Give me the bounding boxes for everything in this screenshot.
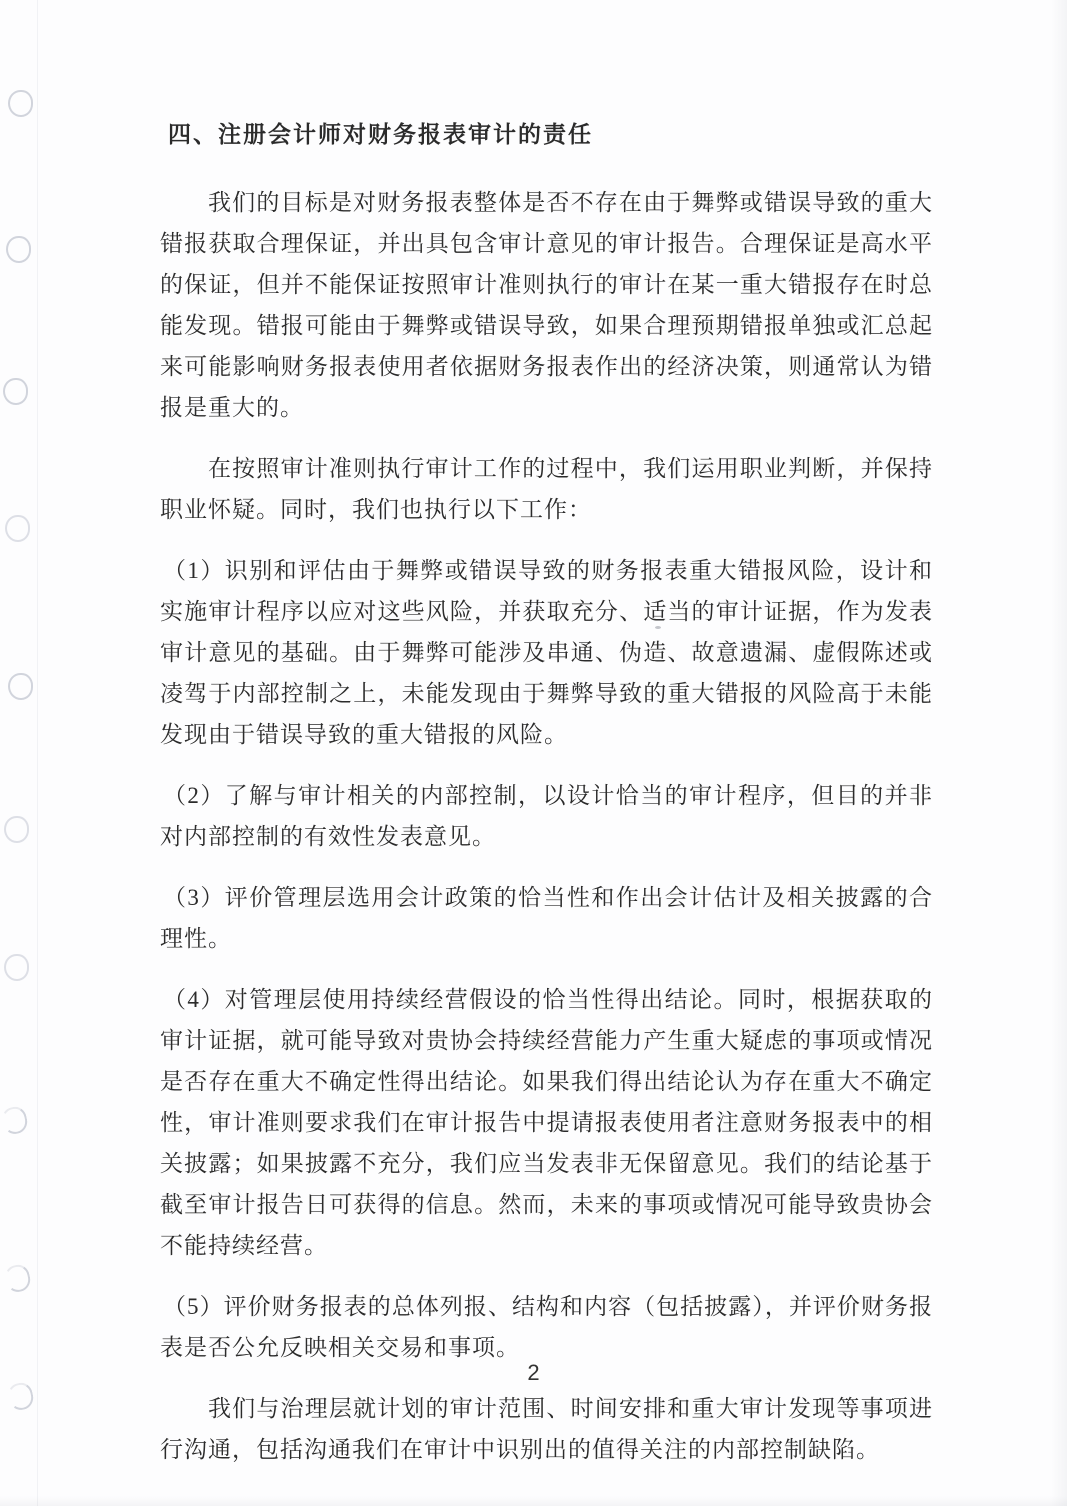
hole-punch-icon [3,378,28,405]
scan-fold-line [37,0,38,1506]
paragraph-objective: 我们的目标是对财务报表整体是否不存在由于舞弊或错误导致的重大错报获取合理保证，并… [160,182,933,428]
hole-punch-icon [8,673,33,700]
paragraph-communication: 我们与治理层就计划的审计范围、时间安排和重大审计发现等事项进行沟通，包括沟通我们… [160,1388,933,1470]
hole-punch-icon [6,236,31,263]
paragraph-item-5: （5）评价财务报表的总体列报、结构和内容（包括披露），并评价财务报表是否公允反映… [160,1286,933,1368]
page-content: 四、注册会计师对财务报表审计的责任 我们的目标是对财务报表整体是否不存在由于舞弊… [160,120,933,1490]
paragraph-item-1: （1）识别和评估由于舞弊或错误导致的财务报表重大错报风险，设计和实施审计程序以应… [160,550,933,755]
paragraph-item-4: （4）对管理层使用持续经营假设的恰当性得出结论。同时，根据获取的审计证据，就可能… [160,979,933,1266]
scan-edge-shading-right [1051,0,1067,1506]
scanned-document-page: 四、注册会计师对财务报表审计的责任 我们的目标是对财务报表整体是否不存在由于舞弊… [0,0,1067,1506]
hole-punch-icon [4,816,29,843]
hole-punch-icon [8,90,33,117]
paragraph-item-2: （2）了解与审计相关的内部控制，以设计恰当的审计程序，但目的并非对内部控制的有效… [160,775,933,857]
hole-punch-icon [5,515,30,542]
paragraph-judgment: 在按照审计准则执行审计工作的过程中，我们运用职业判断，并保持职业怀疑。同时，我们… [160,448,933,530]
hole-punch-icon [4,954,29,981]
section-heading: 四、注册会计师对财务报表审计的责任 [168,120,933,150]
page-number: 2 [0,1360,1067,1386]
hole-punch-icon [0,1105,30,1137]
hole-punch-icon [2,1263,32,1295]
scan-edge-shading-bottom [0,1496,1067,1506]
paragraph-item-3: （3）评价管理层选用会计政策的恰当性和作出会计估计及相关披露的合理性。 [160,877,933,959]
